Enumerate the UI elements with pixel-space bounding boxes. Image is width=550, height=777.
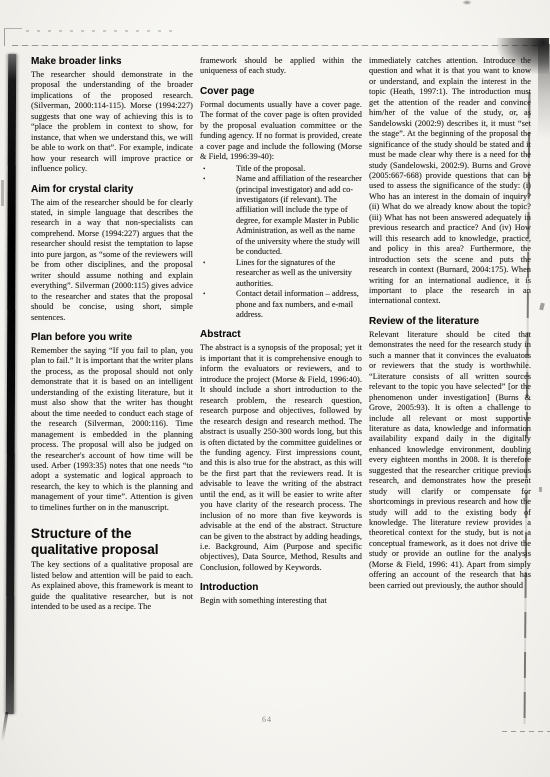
paragraph-aim-for-crystal-clarity: The aim of the researcher should be for … — [31, 198, 193, 323]
scanned-book-page: Make broader links The researcher should… — [0, 0, 550, 777]
bullet-icon: • — [200, 164, 236, 174]
paragraph-framework-continuation: framework should be applied within the u… — [200, 56, 362, 77]
heading-abstract: Abstract — [200, 329, 362, 341]
heading-cover-page: Cover page — [200, 86, 362, 98]
paragraph-introduction: Begin with something interesting that — [200, 596, 362, 606]
column-left: Make broader links The researcher should… — [31, 56, 193, 612]
heading-make-broader-links: Make broader links — [31, 56, 193, 68]
bullet-text: Contact detail information – address, ph… — [236, 289, 362, 320]
heading-review-of-the-literature: Review of the literature — [369, 316, 531, 328]
paragraph-introduction-continuation: immediately catches attention. Introduce… — [369, 56, 531, 307]
paragraph-structure-of-qualitative-proposal: The key sections of a qualitative propos… — [31, 560, 193, 612]
bullet-item: • Title of the proposal. — [200, 164, 362, 174]
bullet-icon: • — [200, 174, 236, 258]
bullet-item: • Contact detail information – address, … — [200, 289, 362, 320]
bullet-icon: • — [200, 289, 236, 320]
paragraph-make-broader-links: The researcher should demonstrate in the… — [31, 70, 193, 175]
column-middle: framework should be applied within the u… — [200, 56, 362, 612]
scan-top-edge-speck — [462, 0, 472, 5]
scan-right-margin-speck — [539, 303, 545, 311]
bullet-text: Name and affiliation of the researcher (… — [236, 174, 362, 258]
scan-left-spine-shadow — [6, 54, 16, 714]
paragraph-review-of-the-literature: Relevant literature should be cited that… — [369, 330, 531, 591]
scan-right-edge-band — [538, 44, 550, 139]
bullet-item: • Lines for the signatures of the resear… — [200, 258, 362, 289]
paragraph-plan-before-you-write: Remember the saying “If you fail to plan… — [31, 346, 193, 513]
column-right: immediately catches attention. Introduce… — [369, 56, 531, 612]
page-number: 64 — [262, 715, 272, 724]
cover-page-bullet-list: • Title of the proposal. • Name and affi… — [200, 164, 362, 321]
text-columns: Make broader links The researcher should… — [31, 56, 531, 612]
bullet-text: Title of the proposal. — [236, 164, 362, 174]
scan-left-spine-tail — [1, 712, 9, 742]
bullet-icon: • — [200, 258, 236, 289]
heading-structure-of-qualitative-proposal: Structure of the qualitative proposal — [31, 526, 193, 557]
scan-right-margin-speck — [539, 487, 542, 492]
paragraph-abstract: The abstract is a synopsis of the propos… — [200, 343, 362, 573]
heading-plan-before-you-write: Plan before you write — [31, 332, 193, 344]
scan-bottom-right-line — [502, 731, 550, 732]
scan-top-rule-line — [12, 45, 544, 46]
paragraph-cover-page: Formal documents usually have a cover pa… — [200, 100, 362, 163]
bullet-item: • Name and affiliation of the researcher… — [200, 174, 362, 258]
heading-aim-for-crystal-clarity: Aim for crystal clarity — [31, 184, 193, 196]
heading-introduction: Introduction — [200, 582, 362, 594]
bullet-text: Lines for the signatures of the research… — [236, 258, 362, 289]
scan-top-left-dotted-mark — [26, 30, 176, 32]
scan-top-left-bracket — [4, 28, 22, 46]
scan-left-margin-speck — [1, 180, 4, 206]
